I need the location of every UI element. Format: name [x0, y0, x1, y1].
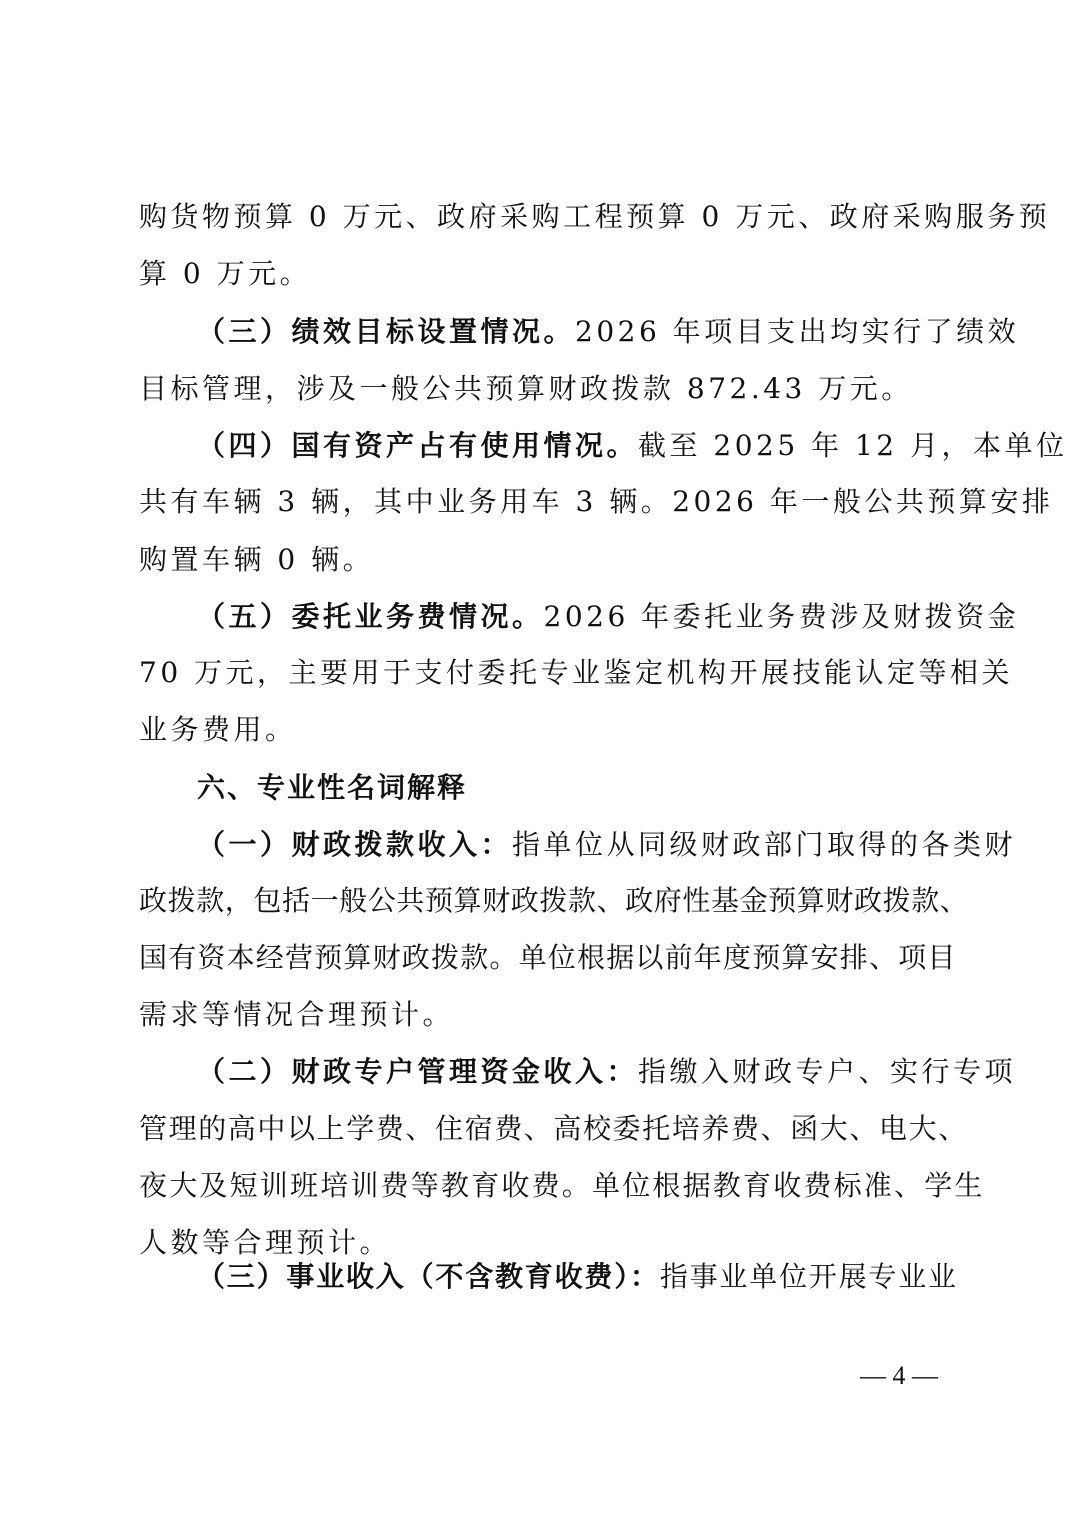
paragraph-assets-line-3: 购置车辆 0 辆。 — [139, 540, 939, 580]
paragraph-procurement-line-2: 算 0 万元。 — [139, 254, 939, 294]
paragraph-text: 2026 年项目支出均实行了绩效 — [575, 315, 1019, 348]
definition-text: 国有资本经营预算财政拨款。单位根据以前年度预算安排、项目 — [139, 941, 957, 974]
paragraph-lead: （四）国有资产占有使用情况。 — [197, 429, 638, 462]
definition-business-income-line-1: （三）事业收入（不含教育收费）：指事业单位开展专业业 — [197, 1257, 939, 1297]
paragraph-performance-line-1: （三）绩效目标设置情况。2026 年项目支出均实行了绩效 — [197, 312, 939, 352]
paragraph-commission-line-3: 业务费用。 — [139, 710, 939, 750]
definition-text: 政拨款，包括一般公共预算财政拨款、政府性基金预算财政拨款、 — [139, 884, 968, 917]
paragraph-text: 目标管理，涉及一般公共预算财政拨款 872.43 万元。 — [139, 372, 913, 405]
paragraph-text: 截至 2025 年 12 月，本单位 — [638, 429, 1068, 462]
paragraph-text: 业务费用。 — [139, 713, 297, 746]
paragraph-text: 共有车辆 3 辆，其中业务用车 3 辆。2026 年一般公共预算安排 — [139, 485, 1053, 518]
paragraph-text: 2026 年委托业务费涉及财拨资金 — [544, 600, 1020, 633]
definition-text: 需求等情况合理预计。 — [139, 998, 454, 1031]
definition-special-account-line-3: 夜大及短训班培训费等教育收费。单位根据教育收费标准、学生 — [139, 1166, 939, 1206]
paragraph-commission-line-1: （五）委托业务费情况。2026 年委托业务费涉及财拨资金 — [197, 597, 939, 637]
definition-special-account-line-1: （二）财政专户管理资金收入：指缴入财政专户、实行专项 — [197, 1052, 939, 1092]
paragraph-text: 购货物预算 0 万元、政府采购工程预算 0 万元、政府采购服务预 — [139, 200, 1050, 233]
definition-text: 人数等合理预计。 — [139, 1226, 391, 1259]
paragraph-assets-line-2: 共有车辆 3 辆，其中业务用车 3 辆。2026 年一般公共预算安排 — [139, 482, 939, 522]
paragraph-lead: （三）绩效目标设置情况。 — [197, 315, 575, 348]
definition-fiscal-line-2: 政拨款，包括一般公共预算财政拨款、政府性基金预算财政拨款、 — [139, 881, 939, 921]
document-page: 购货物预算 0 万元、政府采购工程预算 0 万元、政府采购服务预 算 0 万元。… — [0, 0, 1074, 1520]
definition-text: 指缴入财政专户、实行专项 — [638, 1055, 1016, 1088]
paragraph-text: 算 0 万元。 — [139, 257, 311, 290]
paragraph-text: 70 万元，主要用于支付委托专业鉴定机构开展技能认定等相关 — [139, 656, 1013, 689]
definition-term: （三）事业收入（不含教育收费）： — [197, 1260, 660, 1293]
definition-term: （一）财政拨款收入： — [197, 828, 512, 861]
paragraph-assets-line-1: （四）国有资产占有使用情况。截至 2025 年 12 月，本单位 — [197, 426, 939, 466]
definition-term: （二）财政专户管理资金收入： — [197, 1055, 638, 1088]
definition-fiscal-line-1: （一）财政拨款收入：指单位从同级财政部门取得的各类财 — [197, 825, 939, 865]
definition-text: 管理的高中以上学费、住宿费、高校委托培养费、函大、电大、 — [139, 1112, 968, 1145]
paragraph-procurement-line-1: 购货物预算 0 万元、政府采购工程预算 0 万元、政府采购服务预 — [139, 197, 939, 237]
section-heading: 六、专业性名词解释 — [197, 768, 939, 808]
definition-text: 指单位从同级财政部门取得的各类财 — [512, 828, 1016, 861]
definition-text: 指事业单位开展专业业 — [660, 1260, 958, 1293]
paragraph-lead: （五）委托业务费情况。 — [197, 600, 544, 633]
definition-special-account-line-2: 管理的高中以上学费、住宿费、高校委托培养费、函大、电大、 — [139, 1109, 939, 1149]
page-number: — 4 — — [860, 1358, 938, 1394]
definition-fiscal-line-4: 需求等情况合理预计。 — [139, 995, 939, 1035]
definition-text: 夜大及短训班培训费等教育收费。单位根据教育收费标准、学生 — [139, 1169, 985, 1202]
paragraph-commission-line-2: 70 万元，主要用于支付委托专业鉴定机构开展技能认定等相关 — [139, 653, 939, 693]
paragraph-text: 购置车辆 0 辆。 — [139, 543, 374, 576]
paragraph-performance-line-2: 目标管理，涉及一般公共预算财政拨款 872.43 万元。 — [139, 369, 939, 409]
definition-fiscal-line-3: 国有资本经营预算财政拨款。单位根据以前年度预算安排、项目 — [139, 938, 939, 978]
